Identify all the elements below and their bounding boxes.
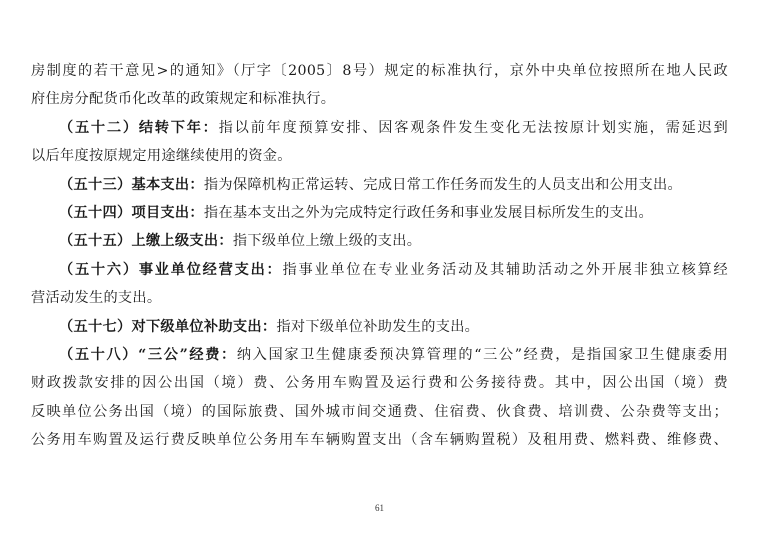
page-number: 61 [0,503,759,513]
document-page: 房制度的若干意见>的通知》（厅字〔2005〕8号）规定的标准执行，京外中央单位按… [31,57,728,454]
item-57: （五十七）对下级单位补助支出：指对下级单位补助发生的支出。 [31,313,728,341]
text-line: 公务用车购置及运行费反映单位公务用车车辆购置支出（含车辆购置税）及租用费、燃料费… [31,426,728,454]
text-line: 以后年度按原规定用途继续使用的资金。 [31,142,728,170]
item-term: 项目支出： [131,205,203,221]
text-line: 反映单位公务出国（境）的国际旅费、国外城市间交通费、住宿费、伙食费、培训费、公杂… [31,398,728,426]
item-58: （五十八）“三公”经费：纳入国家卫生健康委预决算管理的“三公”经费，是指国家卫生… [31,341,728,369]
item-term: 对下级单位补助支出： [131,319,276,335]
item-definition: 指下级单位上缴上级的支出。 [233,233,421,249]
text-line: 府住房分配货币化改革的政策规定和标准执行。 [31,85,728,113]
item-54: （五十四）项目支出：指在基本支出之外为完成特定行政任务和事业发展目标所发生的支出… [31,199,728,227]
item-number: （五十六） [59,262,139,278]
item-number: （五十五） [59,233,131,249]
item-number: （五十二） [59,120,139,136]
item-definition: 指以前年度预算安排、因客观条件发生变化无法按原计划实施，需延迟到 [219,120,728,136]
item-term: 事业单位经营支出： [139,262,283,278]
item-definition: 指在基本支出之外为完成特定行政任务和事业发展目标所发生的支出。 [204,205,653,221]
item-definition: 纳入国家卫生健康委预决算管理的“三公”经费，是指国家卫生健康委用 [237,347,728,363]
item-number: （五十七） [59,319,131,335]
item-55: （五十五）上缴上级支出：指下级单位上缴上级的支出。 [31,227,728,255]
item-term: “三公”经费： [138,347,237,363]
item-term: 结转下年： [139,120,219,136]
item-definition: 指对下级单位补助发生的支出。 [276,319,479,335]
text-line: 房制度的若干意见>的通知》（厅字〔2005〕8号）规定的标准执行，京外中央单位按… [31,57,728,85]
item-56: （五十六）事业单位经营支出：指事业单位在专业业务活动及其辅助活动之外开展非独立核… [31,256,728,284]
text-line: 营活动发生的支出。 [31,284,728,312]
item-definition: 指事业单位在专业业务活动及其辅助活动之外开展非独立核算经 [283,262,729,278]
item-definition: 指为保障机构正常运转、完成日常工作任务而发生的人员支出和公用支出。 [204,177,682,193]
item-52: （五十二）结转下年：指以前年度预算安排、因客观条件发生变化无法按原计划实施，需延… [31,114,728,142]
item-term: 基本支出： [131,177,203,193]
item-number: （五十八） [59,347,138,363]
item-term: 上缴上级支出： [131,233,232,249]
item-number: （五十四） [59,205,131,221]
item-number: （五十三） [59,177,131,193]
text-line: 财政拨款安排的因公出国（境）费、公务用车购置及运行费和公务接待费。其中，因公出国… [31,369,728,397]
item-53: （五十三）基本支出：指为保障机构正常运转、完成日常工作任务而发生的人员支出和公用… [31,171,728,199]
